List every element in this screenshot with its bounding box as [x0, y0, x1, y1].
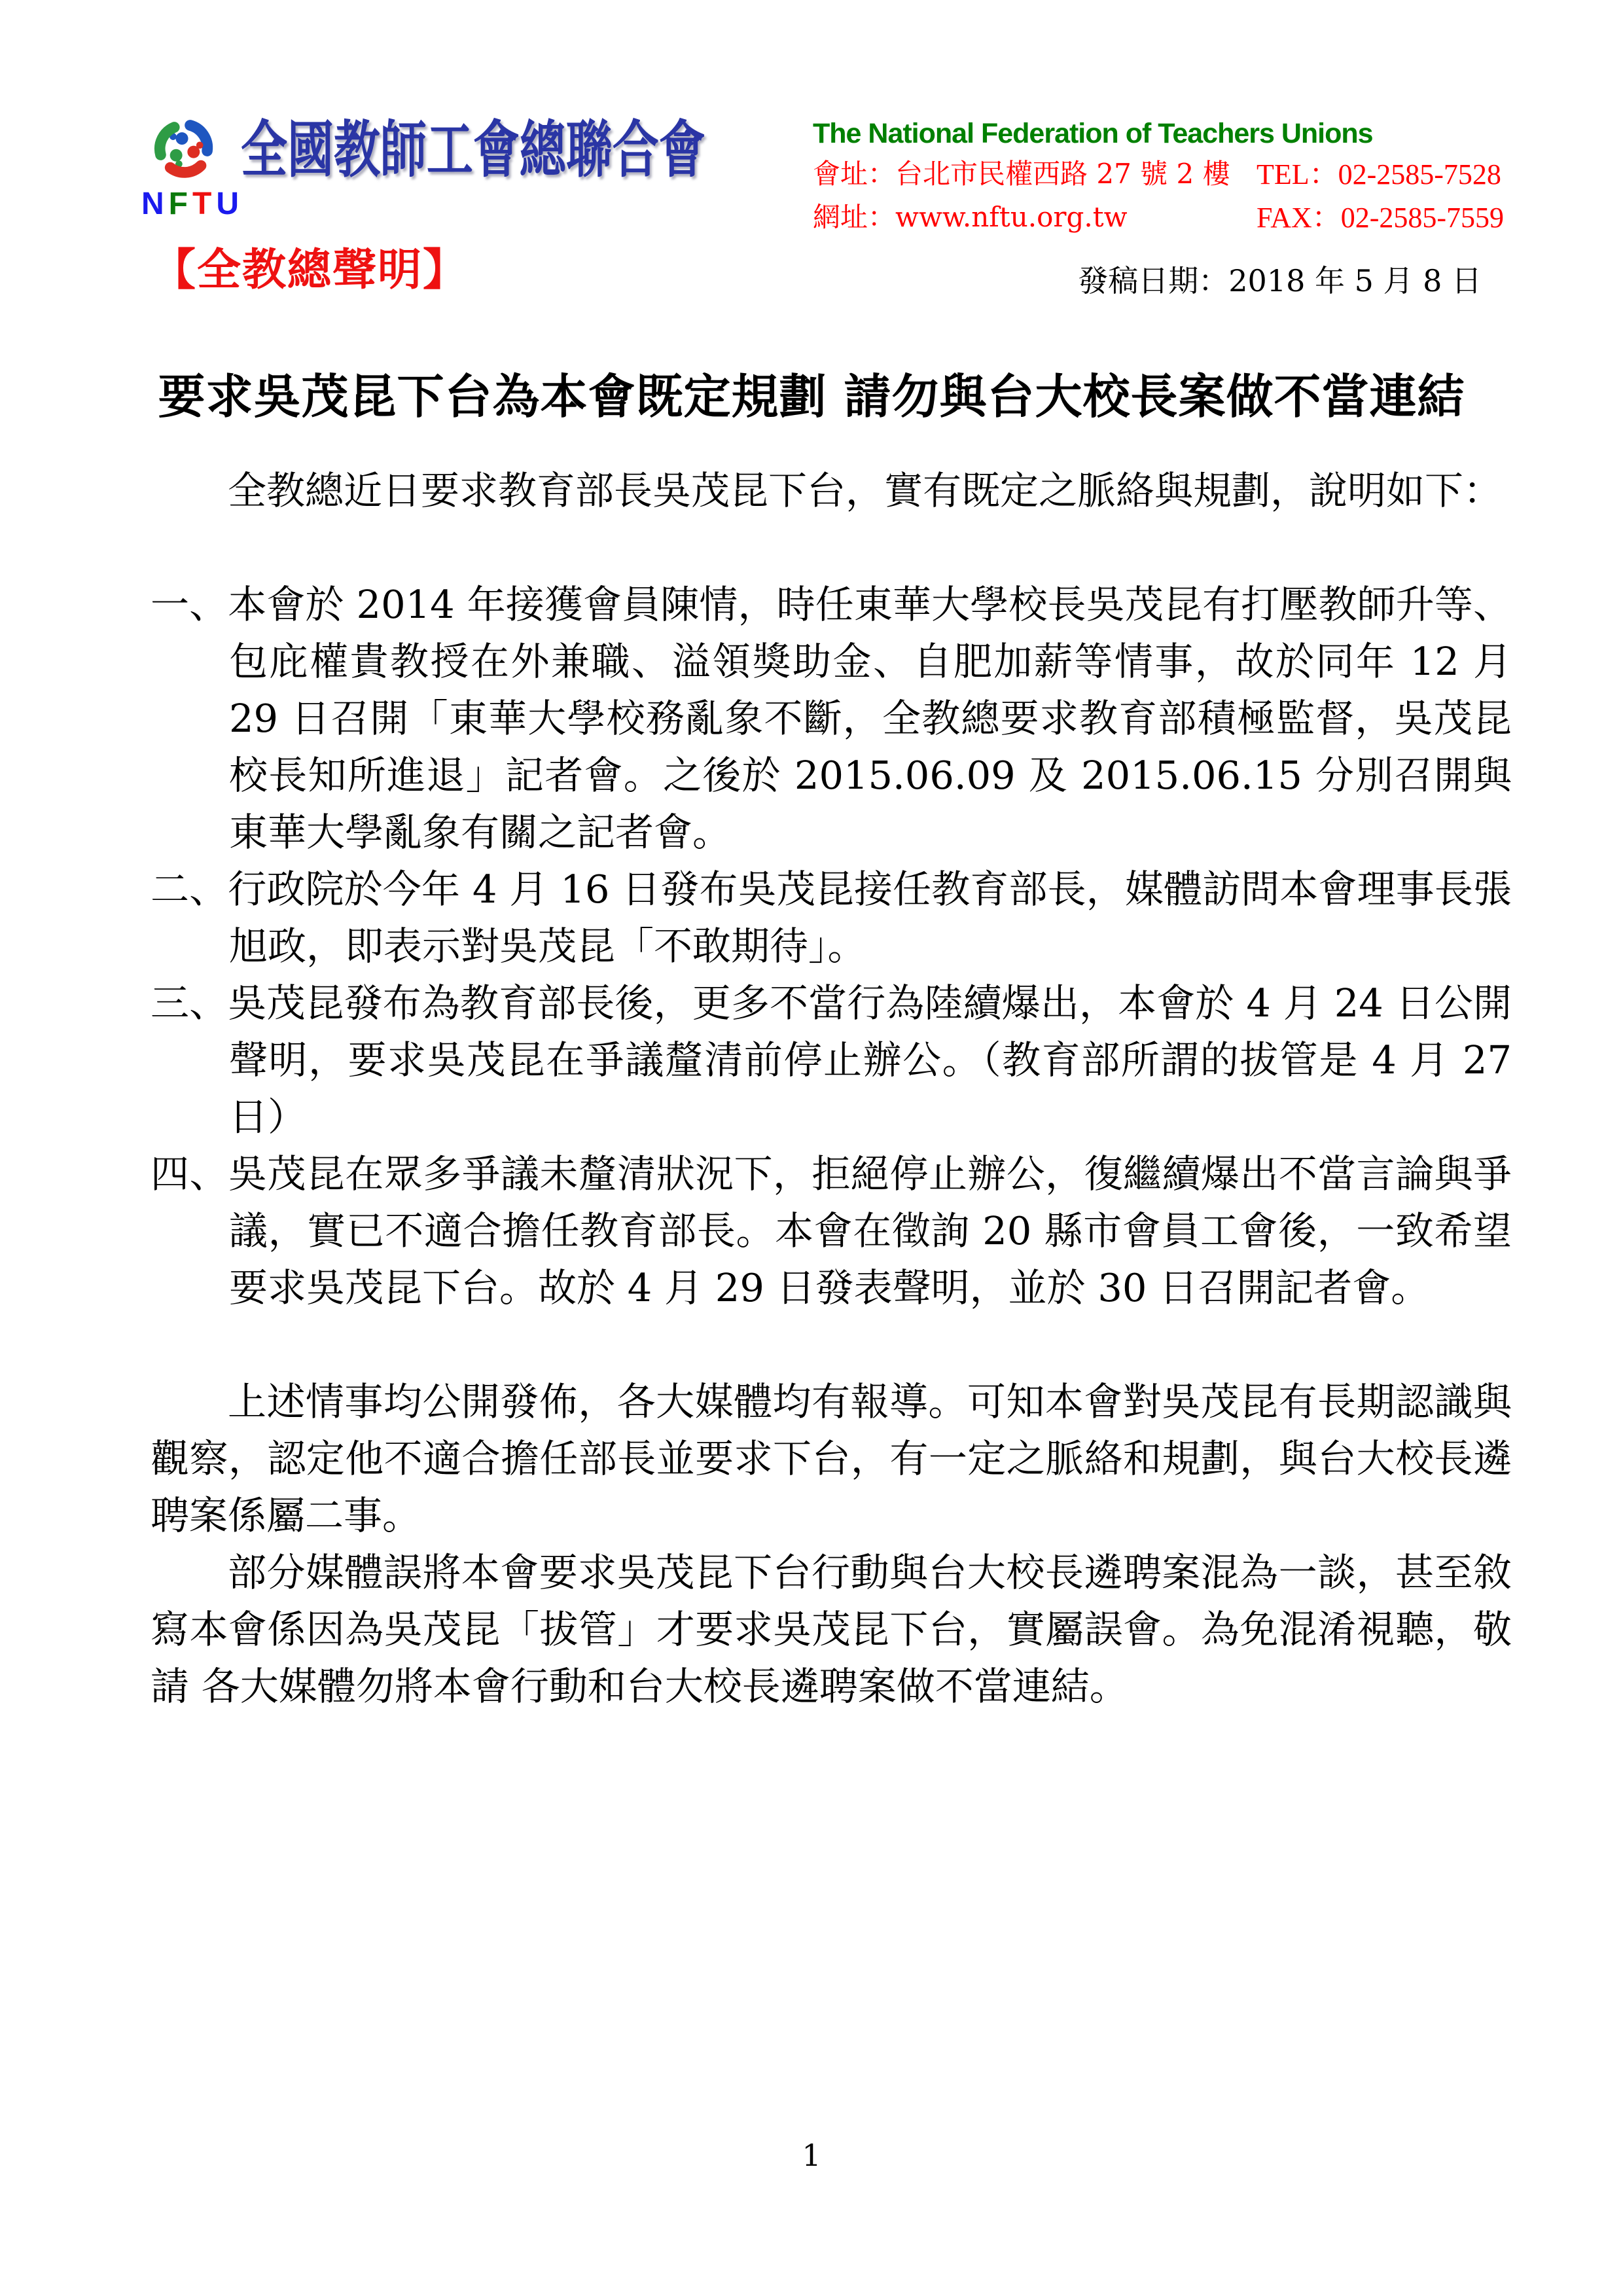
release-date: 發稿日期：2018 年 5 月 8 日	[1078, 263, 1482, 299]
list-item-number: 三、	[151, 980, 228, 1026]
list-item-number: 一、	[151, 582, 228, 627]
list-item-number: 四、	[151, 1151, 228, 1196]
list-item: 二、行政院於今年 4 月 16 日發布吳茂昆接任教育部長，媒體訪問本會理事長張旭…	[151, 861, 1512, 975]
website-label: 網址：www.nftu.org.tw	[813, 202, 1128, 235]
header-contact-block: The National Federation of Teachers Unio…	[813, 119, 1512, 234]
fax-label: FAX：02-2585-7559	[1257, 202, 1512, 235]
blank-line	[151, 519, 1512, 576]
document-page: NFTU 全國教師工會總聯合會 The National Federation …	[0, 0, 1623, 2296]
list-item-text: 行政院於今年 4 月 16 日發布吳茂昆接任教育部長，媒體訪問本會理事長張旭政，…	[228, 867, 1512, 969]
list-item: 四、吳茂昆在眾多爭議未釐清狀況下，拒絕停止辦公，復繼續爆出不當言論與爭議，實已不…	[151, 1145, 1512, 1316]
list-item: 一、本會於 2014 年接獲會員陳情，時任東華大學校長吳茂昆有打壓教師升等、包庇…	[151, 576, 1512, 861]
org-name-zh: 全國教師工會總聯合會	[241, 117, 705, 184]
nftu-acronym: NFTU	[141, 188, 243, 220]
nftu-letter: U	[216, 187, 243, 221]
list-item-text: 吳茂昆發布為教育部長後，更多不當行為陸續爆出，本會於 4 月 24 日公開聲明，…	[228, 980, 1512, 1139]
blank-line	[151, 1316, 1512, 1373]
header-contact-row: 網址：www.nftu.org.tw FAX：02-2585-7559	[813, 202, 1512, 235]
page-title: 要求吳茂昆下台為本會既定規劃 請勿與台大校長案做不當連結	[0, 359, 1623, 427]
list-item-text: 本會於 2014 年接獲會員陳情，時任東華大學校長吳茂昆有打壓教師升等、包庇權貴…	[228, 582, 1512, 855]
closing-paragraph: 上述情事均公開發佈，各大媒體均有報導。可知本會對吳茂昆有長期認識與觀察，認定他不…	[151, 1373, 1512, 1544]
tel-label: TEL：02-2585-7528	[1257, 158, 1512, 192]
address-label: 會址：台北市民權西路 27 號 2 樓	[813, 158, 1230, 192]
list-item-text: 吳茂昆在眾多爭議未釐清狀況下，拒絕停止辦公，復繼續爆出不當言論與爭議，實已不適合…	[228, 1151, 1512, 1310]
nftu-letter: T	[192, 187, 216, 221]
page-number: 1	[0, 2138, 1623, 2174]
nftu-letter: N	[141, 187, 169, 221]
closing-paragraph: 部分媒體誤將本會要求吳茂昆下台行動與台大校長遴聘案混為一談，甚至敘寫本會係因為吳…	[151, 1544, 1512, 1715]
org-name-en: The National Federation of Teachers Unio…	[813, 119, 1512, 149]
statement-tag: 【全教總聲明】	[152, 243, 468, 296]
intro-paragraph: 全教總近日要求教育部長吳茂昆下台，實有既定之脈絡與規劃，說明如下：	[151, 462, 1512, 519]
nftu-letter: F	[169, 187, 192, 221]
list-item-number: 二、	[151, 867, 228, 912]
document-body: 全教總近日要求教育部長吳茂昆下台，實有既定之脈絡與規劃，說明如下： 一、本會於 …	[151, 462, 1512, 1715]
nftu-logo-icon	[144, 107, 224, 190]
header-contact-row: 會址：台北市民權西路 27 號 2 樓 TEL：02-2585-7528	[813, 158, 1512, 192]
list-item: 三、吳茂昆發布為教育部長後，更多不當行為陸續爆出，本會於 4 月 24 日公開聲…	[151, 975, 1512, 1145]
